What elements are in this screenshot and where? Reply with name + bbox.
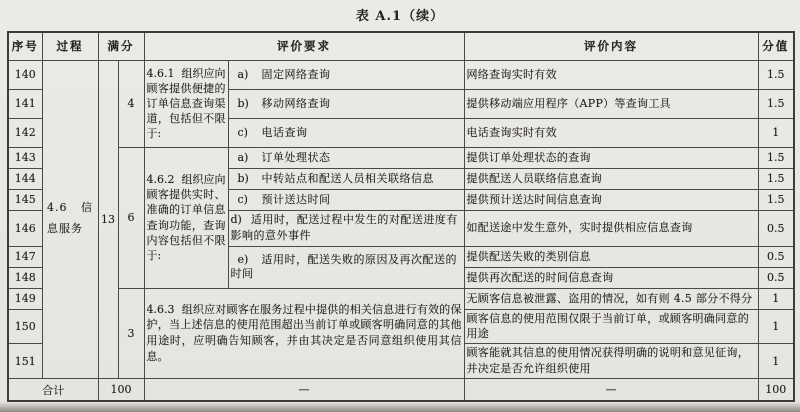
total-row: 合计 100 — — 100 [8,379,794,401]
clause-number: 4.6.1 [147,67,175,80]
content-cell-151: 顾客能就其信息的使用情况获得明确的说明和意见征询，并决定是否允许组织使用 [464,344,758,379]
clause-text: 组织应对顾客在服务过程中提供的相关信息进行有效的保护，当上述信息的使用范围超出当… [147,303,462,364]
req-item-cell-145: c)预计送达时间 [228,189,464,210]
sub-score-cell-462: 6 [118,147,144,288]
serial-cell-142: 142 [8,118,42,147]
serial-cell-147: 147 [8,246,42,267]
serial-cell-140: 140 [8,60,42,89]
header-row: 序号 过程 满分 评价要求 评价内容 分值 [8,32,794,60]
item-letter: b) [231,97,262,111]
item-text: 移动网络查询 [262,97,331,110]
points-cell-145: 1.5 [758,189,794,210]
points-cell-141: 1.5 [758,89,794,118]
col-header-requirement: 评价要求 [144,32,464,60]
serial-cell-144: 144 [8,168,42,189]
points-cell-149: 1 [758,288,794,309]
points-cell-146: 0.5 [758,210,794,246]
serial-cell-148: 148 [8,267,42,288]
req-item-cell-143: a)订单处理状态 [228,147,464,168]
col-header-process: 过程 [42,32,98,60]
content-cell-145: 提供预计送达时间信息查询 [464,189,758,210]
item-text: 电话查询 [262,126,308,139]
req-item-cell-144: b)中转站点和配送人员相关联络信息 [228,168,464,189]
item-letter: a) [231,151,262,165]
process-label: 4.6 信息服务 [47,198,93,240]
content-cell-149: 无顾客信息被泄露、盗用的情况，如有则 4.5 部分不得分 [464,288,758,309]
process-cell: 4.6 信息服务 [42,60,98,379]
page-bottom-shadow [0,402,800,412]
item-letter: b) [231,172,262,186]
score-table: 序号 过程 满分 评价要求 评价内容 分值 140 4.6 信息服务 13 4 … [7,31,795,402]
item-text: 预计送达时间 [262,193,331,206]
clause-cell-463: 4.6.3组织应对顾客在服务过程中提供的相关信息进行有效的保护，当上述信息的使用… [144,288,464,379]
col-header-full-score: 满分 [98,32,144,60]
total-content-dash-cell: — [464,379,758,401]
item-letter: c) [231,193,262,207]
req-item-cell-141: b)移动网络查询 [228,89,464,118]
total-label-cell: 合计 [8,379,98,401]
col-header-content: 评价内容 [464,32,758,60]
process-total-cell: 13 [98,60,118,379]
item-text: 固定网络查询 [262,68,331,81]
table-title: 表 A.1（续） [0,5,800,24]
req-item-cell-146: d)适用时，配送过程中发生的对配送进度有影响的意外事件 [228,210,464,246]
item-text: 中转站点和配送人员相关联络信息 [262,172,435,185]
content-cell-147: 提供配送失败的类别信息 [464,246,758,267]
col-header-score: 分值 [758,32,794,60]
table-row-143: 143 6 4.6.2组织应向顾客提供实时、准确的订单信息查询功能，查询内容包括… [8,147,794,168]
content-cell-148: 提供再次配送的时间信息查询 [464,267,758,288]
content-cell-142: 电话查询实时有效 [464,118,758,147]
serial-cell-145: 145 [8,189,42,210]
content-cell-143: 提供订单处理状态的查询 [464,147,758,168]
item-letter: a) [231,68,262,82]
content-cell-141: 提供移动端应用程序（APP）等查询工具 [464,89,758,118]
content-cell-146: 如配送途中发生意外，实时提供相应信息查询 [464,210,758,246]
content-cell-144: 提供配送人员联络信息查询 [464,168,758,189]
req-item-cell-142: c)电话查询 [228,118,464,147]
sub-score-cell-461: 4 [118,60,144,147]
serial-cell-150: 150 [8,309,42,344]
item-letter: d) [231,213,242,226]
content-cell-140: 网络查询实时有效 [464,60,758,89]
req-item-cell-147: e)适用时，配送失败的原因及再次配送的时间 [228,246,464,288]
points-cell-140: 1.5 [758,60,794,89]
req-item-cell-140: a)固定网络查询 [228,60,464,89]
clause-cell-461: 4.6.1组织应向顾客提供便捷的订单信息查询渠道，包括但不限于: [144,60,228,147]
clause-number: 4.6.2 [147,173,175,186]
points-cell-144: 1.5 [758,168,794,189]
table-row-149: 149 3 4.6.3组织应对顾客在服务过程中提供的相关信息进行有效的保护，当上… [8,288,794,309]
serial-cell-151: 151 [8,344,42,379]
item-text: 适用时，配送过程中发生的对配送进度有影响的意外事件 [231,213,458,243]
points-cell-150: 1 [758,309,794,344]
points-cell-142: 1 [758,118,794,147]
sub-score-cell-463: 3 [118,288,144,379]
points-cell-151: 1 [758,344,794,379]
clause-text: 组织应向顾客提供实时、准确的订单信息查询功能，查询内容包括但不限于: [147,173,226,262]
item-letter: e) [231,253,262,267]
document-page: 表 A.1（续） 序号 过程 满分 评价要求 评价内容 分值 140 4.6 信… [0,0,800,412]
clause-number: 4.6.3 [147,303,175,316]
points-cell-148: 0.5 [758,267,794,288]
points-cell-147: 0.5 [758,246,794,267]
item-text: 适用时，配送失败的原因及再次配送的时间 [231,253,458,280]
table-row-140: 140 4.6 信息服务 13 4 4.6.1组织应向顾客提供便捷的订单信息查询… [8,60,794,89]
clause-cell-462: 4.6.2组织应向顾客提供实时、准确的订单信息查询功能，查询内容包括但不限于: [144,147,228,288]
serial-cell-149: 149 [8,288,42,309]
col-header-no: 序号 [8,32,42,60]
item-text: 订单处理状态 [262,151,331,164]
total-score-cell: 100 [758,379,794,401]
total-requirement-dash-cell: — [144,379,464,401]
serial-cell-141: 141 [8,89,42,118]
serial-cell-143: 143 [8,147,42,168]
content-cell-150: 顾客信息的使用范围仅限于当前订单，或顾客明确同意的用途 [464,309,758,344]
serial-cell-146: 146 [8,210,42,246]
item-letter: c) [231,126,262,140]
total-full-score-cell: 100 [98,379,144,401]
points-cell-143: 1.5 [758,147,794,168]
